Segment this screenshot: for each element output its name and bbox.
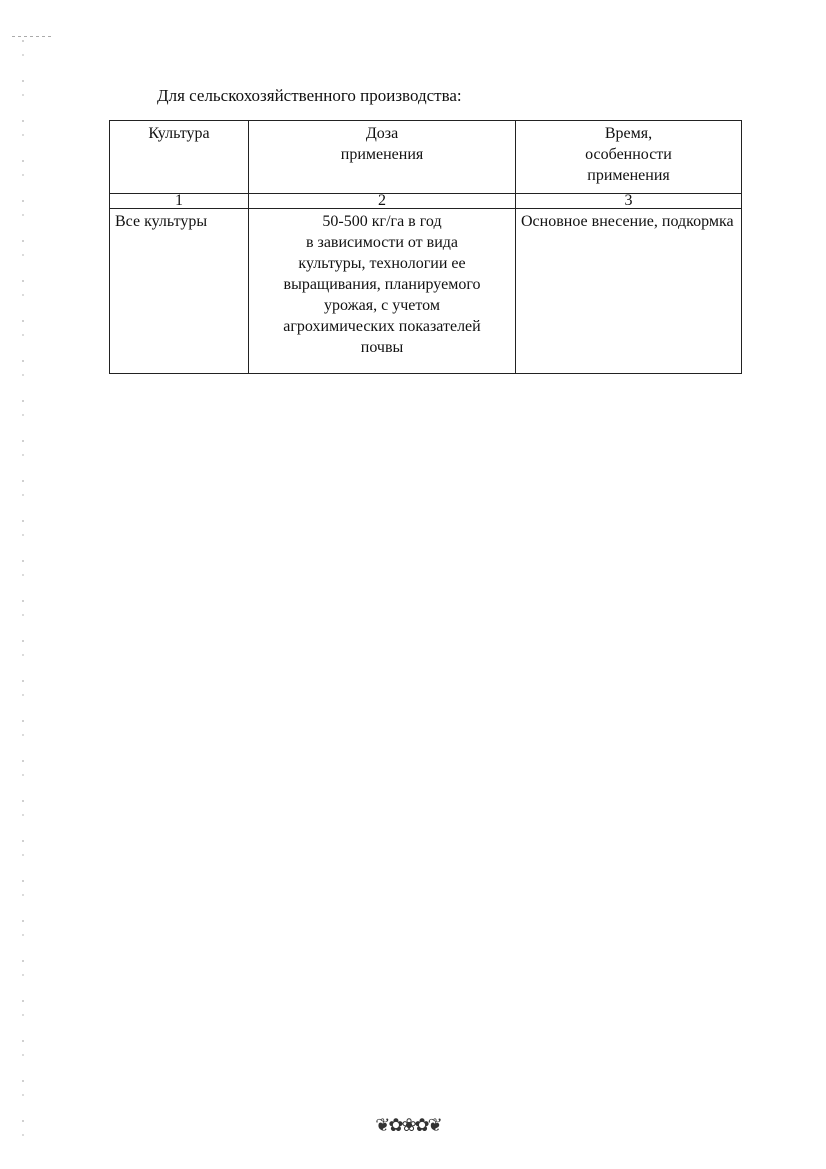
dose-line: в зависимости от вида (254, 232, 510, 253)
header-culture: Культура (110, 121, 249, 194)
cell-dose: 50-500 кг/га в год в зависимости от вида… (249, 209, 516, 374)
scan-margin-artifact (22, 40, 24, 1140)
dose-line: почвы (254, 337, 510, 358)
header-timing: Время, особенности применения (516, 121, 742, 194)
table-header-row: Культура Доза применения Время, особенно… (110, 121, 742, 194)
application-table: Культура Доза применения Время, особенно… (109, 120, 742, 374)
cell-culture: Все культуры (110, 209, 249, 374)
column-number-row: 1 2 3 (110, 194, 742, 209)
dose-line: культуры, технологии ее (254, 253, 510, 274)
header-timing-line: применения (521, 165, 736, 186)
decorative-ornament-icon: ❦✿❀✿❦ (368, 1113, 448, 1137)
dose-line: выращивания, планируемого (254, 274, 510, 295)
header-timing-line: особенности (521, 144, 736, 165)
section-intro: Для сельскохозяйственного производства: (157, 86, 462, 106)
column-number: 3 (516, 194, 742, 209)
header-dose-line: применения (254, 144, 510, 165)
header-timing-line: Время, (521, 123, 736, 144)
dose-line: урожая, с учетом (254, 295, 510, 316)
header-dose-line: Доза (254, 123, 510, 144)
column-number: 1 (110, 194, 249, 209)
header-dose: Доза применения (249, 121, 516, 194)
column-number: 2 (249, 194, 516, 209)
dose-line: 50-500 кг/га в год (254, 211, 510, 232)
cell-timing: Основное внесение, подкормка (516, 209, 742, 374)
dose-line: агрохимических показателей (254, 316, 510, 337)
header-culture-text: Культура (115, 123, 243, 144)
table-row: Все культуры 50-500 кг/га в год в зависи… (110, 209, 742, 374)
scan-artifact (12, 36, 52, 37)
